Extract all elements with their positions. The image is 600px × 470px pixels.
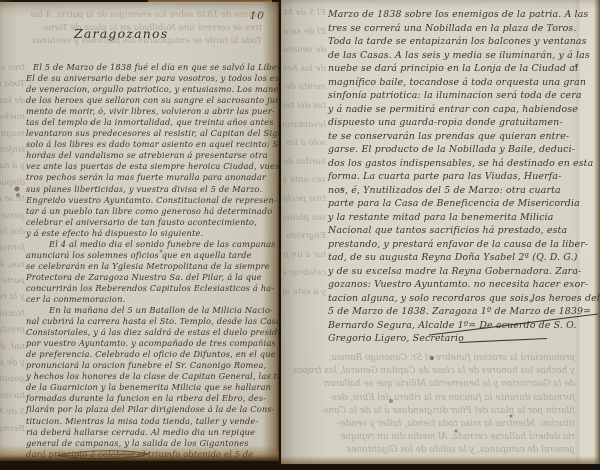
burnt-bottom-edge (0, 445, 279, 461)
bleed-line: tad, de su augusta Reyna Doña Ysabel 2ª … (0, 339, 25, 355)
text-line: mento de morir, ó, vivir libres, volvier… (26, 106, 276, 117)
text-line: tres se correrá una Nobillada en la plaz… (328, 22, 596, 36)
text-line: filarán por la plaza del Pilar dirigiend… (26, 404, 276, 415)
text-line: de los heroes que sellaron con su sangre… (26, 95, 276, 106)
text-line: pronunciará la oracion funebre el Sr. Ca… (26, 360, 276, 371)
text-line: y á este efecto há dispuesto lo siguient… (26, 228, 276, 239)
paragraph: El 5 de Marzo de 1838 fué el día en que … (26, 62, 276, 239)
bleed-line: filarán por la plaza del Pilar dirigiend… (289, 405, 575, 418)
paragraph: Marzo de 1838 sobre los enemigos de la p… (328, 8, 596, 346)
text-line: levantaron sus predecesores al resistir,… (26, 128, 276, 139)
bleed-line: y la restante mitad para la benemerita M… (0, 289, 25, 305)
text-line: y de su excelsa madre la Reyna Gobernado… (328, 265, 596, 279)
text-line: tas del templo de la inmortalidad, que t… (26, 117, 276, 128)
bleed-line: sus planes liberticidas, y vuestra divis… (283, 209, 326, 228)
text-line: ria deberá hallarse cerrada. Al medio di… (26, 427, 276, 438)
bleed-line: tas del templo de la inmortalidad, que t… (283, 97, 326, 116)
bleed-line: forma. La cuarta parte para las Viudas, … (0, 240, 25, 256)
bleed-line: 5 de Marzo de 1838. Zaragoza 1º de Marzo… (0, 404, 25, 420)
bleed-line: tar á un pueblo tan libre como generoso … (283, 246, 326, 265)
text-line: gozanos: Vuestro Ayuntamto. no necesita … (328, 278, 596, 292)
bleed-line: titucion. Mientras la misa toda tienda, … (289, 418, 575, 431)
text-line: nal cubrirá la carrera hasta el Sto. Tem… (26, 316, 276, 327)
text-line: de preferencia. Celebrado el oficio de D… (26, 349, 276, 360)
left-page-text: El 5 de Marzo de 1838 fué el día en que … (26, 62, 276, 460)
bleed-line: parte para la Casa de Beneficencia de Mi… (0, 273, 25, 289)
proclamation-title: Zaragozanos (74, 26, 168, 41)
text-line: prestando, y prestará enfavor de la caus… (328, 238, 596, 252)
foxing-specks (281, 0, 283, 2)
bleed-line: tres se correrá una Nobillada en la plaz… (0, 60, 25, 76)
page-number: 10 (250, 10, 265, 22)
bleed-line: y de su excelsa madre la Reyna Gobernado… (0, 355, 25, 371)
text-line: Gregorio Ligero, Secretario (328, 332, 596, 346)
text-line: celebrar el aniversario de tan fausto ac… (26, 217, 276, 228)
bleed-line: El 5 de Marzo de 1838 fué el día en que … (283, 4, 326, 23)
text-line: de las Casas. A las seis y media se ilum… (328, 49, 596, 63)
bleed-line: sinfonía patriotica: la iluminacion será… (0, 142, 25, 158)
text-line: Nacional que tantos sacrificios há prest… (328, 224, 596, 238)
text-line: En la mañana del 5 un Batallon de la Mil… (26, 305, 276, 316)
text-line: vez ante las puertas de esta siempre her… (26, 161, 276, 172)
text-line: y á nadie se permitirá entrar con capa, … (328, 103, 596, 117)
text-line: El 5 de Marzo de 1838 fué el día en que … (26, 62, 276, 73)
bleed-line: pronunciará la oracion funebre el Sr. Ca… (289, 352, 575, 365)
manuscript-scan: Marzo de 1838 sobre los enemigos de la p… (0, 0, 600, 470)
text-line: Protectora de Zaragoza Nuestra Sa. del P… (26, 272, 276, 283)
bleedthrough-text: pronunciará la oracion funebre el Sr. Ca… (289, 352, 575, 458)
bleed-line: de las Casas. A las seis y media se ilum… (0, 93, 25, 109)
bleed-line: Bernardo Segura, Alcalde 1º= De acuerdo … (0, 421, 25, 437)
text-line: sinfonía patriotica: la iluminacion será… (328, 89, 596, 103)
bleed-line: mento de morir, ó, vivir libres, volvier… (283, 78, 326, 97)
text-line: nuebe se dará principio en la Lonja de l… (328, 62, 596, 76)
bleed-line: celebrar el aniversario de tan fausto ac… (283, 264, 326, 283)
bleed-line: tros pechos serán la mas fuerte muralla … (283, 190, 326, 209)
bleed-line: de los heroes que sellaron con su sangre… (283, 60, 326, 79)
text-line: y la restante mitad para la benemerita M… (328, 211, 596, 225)
bleed-line: gozanos: Vuestro Ayuntamto. no necesita … (0, 371, 25, 387)
bleed-line: nuebe se dará principio en la Lonja de l… (0, 109, 25, 125)
bleed-line: Engreido vuestro Ayuntamto. Constitucion… (283, 227, 326, 246)
text-line: magnífico baile, tocandose á toda orques… (328, 76, 596, 90)
text-line: Bernardo Segura, Alcalde 1º= De acuerdo … (328, 319, 596, 333)
bleed-line: Marzo de 1838 sobre los enemigos de la p… (0, 9, 262, 22)
text-line: parte para la Casa de Beneficencia de Mi… (328, 197, 596, 211)
text-line: y hechos los honores de la clase de Capi… (26, 371, 276, 382)
text-line: por vuestro Ayuntamto. y acompañado de t… (26, 338, 276, 349)
text-line: tros pechos serán la mas fuerte muralla … (26, 172, 276, 183)
bleed-line: El de su aniversario debe ser para vosot… (283, 23, 326, 42)
bleed-line: ria deberá hallarse cerrada. Al medio di… (289, 431, 575, 444)
text-line: nos, é, Ynutilizados del 5 de Marzo: otr… (328, 184, 596, 198)
text-line: formadas durante la funcion en la ribera… (26, 393, 276, 404)
bleed-line: y á este efecto há dispuesto lo siguient… (283, 283, 326, 302)
page-bottom-edge (281, 456, 600, 464)
text-line: cer la conmemoracion. (26, 294, 276, 305)
text-line: Engreido vuestro Ayuntamto. Constitucion… (26, 195, 276, 206)
left-page: Marzo de 1838 sobre los enemigos de la p… (0, 2, 279, 461)
bleed-line: solo á los libres es dado tomar asiento … (283, 134, 326, 153)
bleed-line: magnífico baile, tocandose á toda orques… (0, 126, 25, 142)
text-line: solo á los libres es dado tomar asiento … (26, 139, 276, 150)
bleed-line: levantaron sus predecesores al resistir,… (283, 116, 326, 135)
bleed-line: y á nadie se permitirá entrar con capa, … (0, 158, 25, 174)
right-page-text: Marzo de 1838 sobre los enemigos de la p… (328, 8, 596, 346)
right-page: El 5 de Marzo de 1838 fué el día en que … (281, 0, 600, 464)
text-line: de la Guarnicion y la benemerita Milicia… (26, 382, 276, 393)
bleed-line: prestando, y prestará enfavor de la caus… (0, 322, 25, 338)
text-line: El de su aniversario debe ser para vosot… (26, 73, 276, 84)
text-line: hordas del vandalismo se atrebieran á pr… (26, 150, 276, 161)
bleed-line: Nacional que tantos sacrificios há prest… (0, 306, 25, 322)
text-line: 5 de Marzo de 1838. Zaragoza 1º de Marzo… (328, 305, 596, 319)
text-line: se celebrarán en la Yglesia Metropolitan… (26, 261, 276, 272)
bleed-line: nos, é, Ynutilizados del 5 de Marzo: otr… (0, 257, 25, 273)
text-line: de veneracion, orgullo patriotico, y ent… (26, 84, 276, 95)
paragraph: El 4 al medio dia el sonido funebre de l… (26, 239, 276, 305)
text-line: anunciará los solemnes oficios que en aq… (26, 250, 276, 261)
text-line: El 4 al medio dia el sonido funebre de l… (26, 239, 276, 250)
text-line: te se conservarán las prendas que quiera… (328, 130, 596, 144)
text-line: titucion. Mientras la misa toda tienda, … (26, 416, 276, 427)
bleed-line: vez ante las puertas de esta siempre her… (283, 171, 326, 190)
text-line: dispuesto una guarda-ropia donde gratuit… (328, 116, 596, 130)
text-line: tacion alguna, y solo recordaros que soi… (328, 292, 596, 306)
text-line: Marzo de 1838 sobre los enemigos de la p… (328, 8, 596, 22)
bleed-line: formadas durante la funcion en la ribera… (289, 392, 575, 405)
bleed-line: de la Guarnicion y la benemerita Milicia… (289, 378, 575, 391)
text-line: forma. La cuarta parte para las Viudas, … (328, 170, 596, 184)
text-line: tad, de su augusta Reyna Doña Ysabel 2ª … (328, 251, 596, 265)
bleed-line: dispuesto una guarda-ropia donde gratuit… (0, 175, 25, 191)
bleedthrough-text: tres se correrá una Nobillada en la plaz… (0, 60, 25, 450)
text-line: Toda la tarde se entapizarán los balcone… (328, 35, 596, 49)
bleed-line: tacion alguna, y solo recordaros que soi… (0, 388, 25, 404)
bleed-line: garse. El producto de la Nobillada y Bai… (0, 208, 25, 224)
text-line: garse. El producto de la Nobillada y Bai… (328, 143, 596, 157)
text-line: sus planes liberticidas, y vuestra divis… (26, 184, 276, 195)
bleed-line: te se conservarán las prendas que quiera… (0, 191, 25, 207)
paragraph: En la mañana del 5 un Batallon de la Mil… (26, 305, 276, 460)
bleed-line: y hechos los honores de la clase de Capi… (289, 365, 575, 378)
text-line: dos los gastos indispensables, se há des… (328, 157, 596, 171)
bleed-line: dos los gastos indispensables, se há des… (0, 224, 25, 240)
bleed-line: Toda la tarde se entapizarán los balcone… (0, 76, 25, 92)
text-line: Consistoriales, y á las diez saldrá de e… (26, 327, 276, 338)
text-line: tar á un pueblo tan libre como generoso … (26, 206, 276, 217)
text-line: concurrirán los Reberendos Capitulos Ecl… (26, 283, 276, 294)
foxing-specks (0, 2, 2, 4)
bleed-line: hordas del vandalismo se atrebieran á pr… (283, 153, 326, 172)
bleed-line: de veneracion, orgullo patriotico, y ent… (283, 41, 326, 60)
